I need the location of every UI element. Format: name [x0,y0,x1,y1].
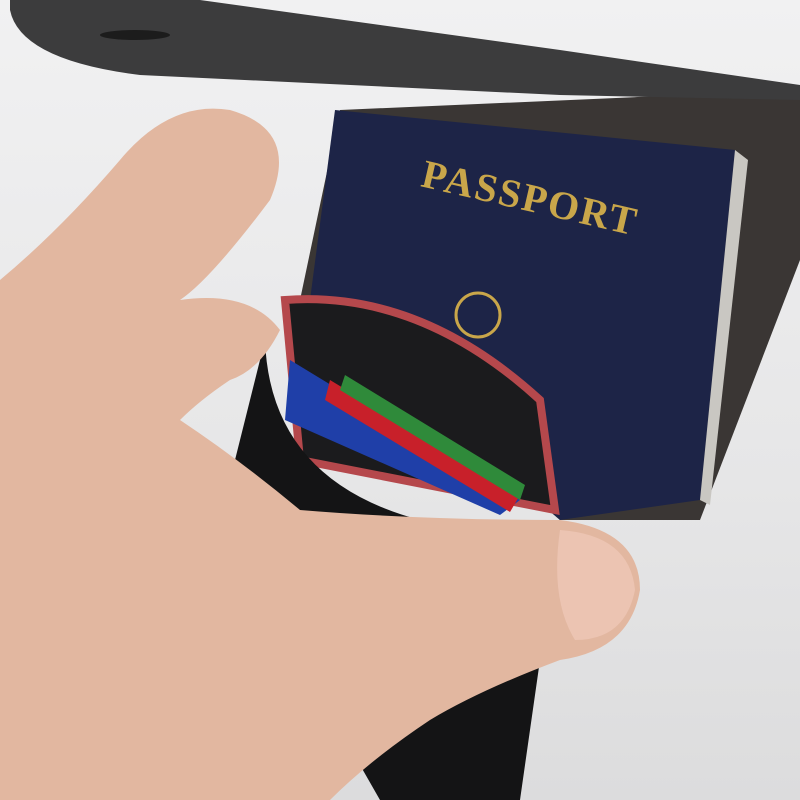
flap-hole [100,30,170,40]
wallet-photo [0,0,800,800]
wallet-top-flap [10,0,800,100]
